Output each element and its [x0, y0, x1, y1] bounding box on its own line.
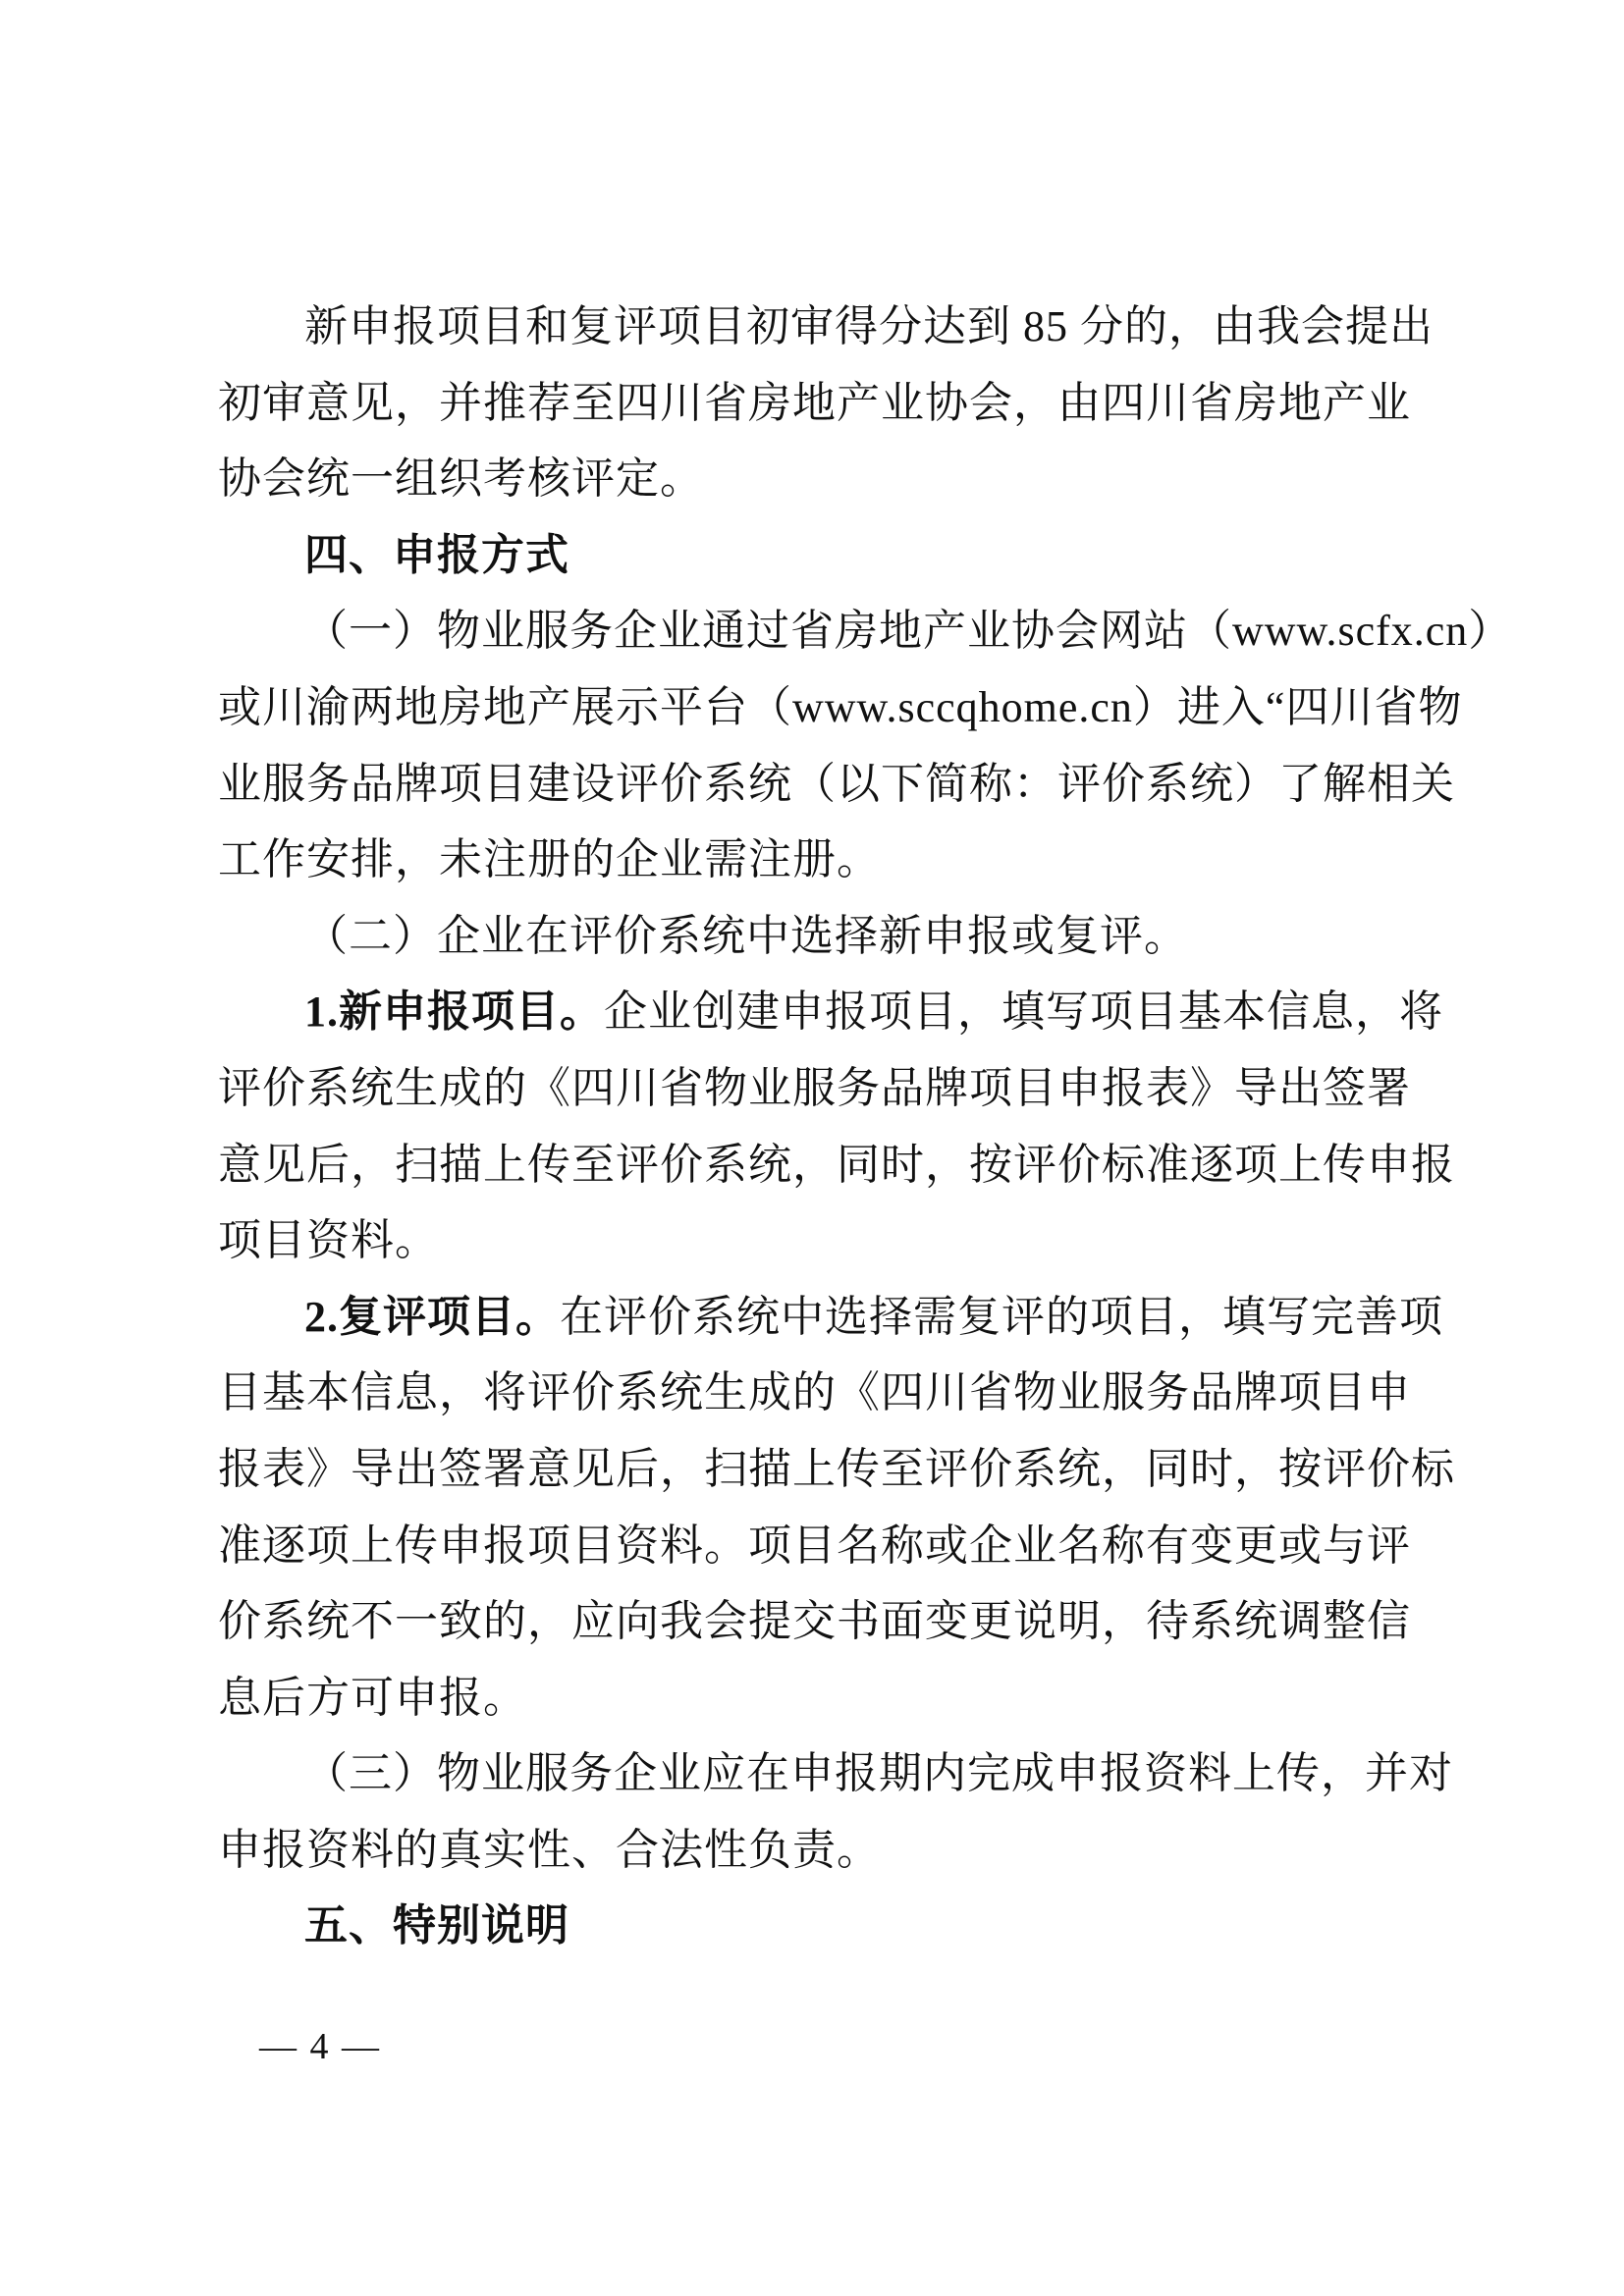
text-segment: 初审意见，并推荐至四川省房地产业协会，由四川省房地产业 [218, 379, 1411, 427]
text-line: 项目资料。 [218, 1202, 1475, 1279]
text-line: 工作安排，未注册的企业需注册。 [218, 822, 1475, 898]
bold-text-segment: 四、申报方式 [304, 531, 569, 579]
text-segment: 报表》导出签署意见后，扫描上传至评价系统，同时，按评价标 [218, 1445, 1455, 1493]
text-line: （二）企业在评价系统中选择新申报或复评。 [218, 898, 1475, 975]
text-segment: （三）物业服务企业应在申报期内完成申报资料上传，并对 [304, 1749, 1453, 1797]
text-segment: 评价系统生成的《四川省物业服务品牌项目申报表》导出签署 [218, 1064, 1411, 1112]
text-line: 或川渝两地房地产展示平台（www.sccqhome.cn）进入“四川省物 [218, 669, 1475, 746]
text-line: 新申报项目和复评项目初审得分达到 85 分的，由我会提出 [218, 289, 1475, 365]
bold-text-segment: 2.复评项目。 [304, 1293, 560, 1341]
text-line: 息后方可申报。 [218, 1660, 1475, 1736]
text-line: 申报资料的真实性、合法性负责。 [218, 1812, 1475, 1889]
text-segment: 目基本信息，将评价系统生成的《四川省物业服务品牌项目申 [218, 1368, 1411, 1416]
text-segment: 或川渝两地房地产展示平台（www.sccqhome.cn）进入“四川省物 [218, 683, 1462, 731]
text-segment: 准逐项上传申报项目资料。项目名称或企业名称有变更或与评 [218, 1522, 1411, 1570]
text-line: 1.新申报项目。企业创建申报项目，填写项目基本信息，将 [218, 974, 1475, 1050]
text-segment: 新申报项目和复评项目初审得分达到 85 分的，由我会提出 [304, 302, 1434, 350]
page-number: — 4 — [259, 2023, 381, 2070]
text-line: （三）物业服务企业应在申报期内完成申报资料上传，并对 [218, 1735, 1475, 1812]
text-line: 业服务品牌项目建设评价系统（以下简称：评价系统）了解相关 [218, 746, 1475, 823]
text-line: 价系统不一致的，应向我会提交书面变更说明，待系统调整信 [218, 1583, 1475, 1660]
text-line: 初审意见，并推荐至四川省房地产业协会，由四川省房地产业 [218, 365, 1475, 442]
section-heading: 五、特别说明 [218, 1888, 1475, 1964]
bold-text-segment: 1.新申报项目。 [304, 988, 604, 1036]
text-segment: （一）物业服务企业通过省房地产业协会网站（www.scfx.cn） [304, 607, 1512, 655]
text-line: 目基本信息，将评价系统生成的《四川省物业服务品牌项目申 [218, 1355, 1475, 1431]
bold-text-segment: 五、特别说明 [304, 1901, 569, 1949]
text-segment: 申报资料的真实性、合法性负责。 [218, 1826, 881, 1874]
text-segment: （二）企业在评价系统中选择新申报或复评。 [304, 912, 1188, 960]
text-line: （一）物业服务企业通过省房地产业协会网站（www.scfx.cn） [218, 593, 1475, 669]
text-segment: 工作安排，未注册的企业需注册。 [218, 835, 881, 883]
text-line: 意见后，扫描上传至评价系统，同时，按评价标准逐项上传申报 [218, 1127, 1475, 1203]
document-body: 新申报项目和复评项目初审得分达到 85 分的，由我会提出初审意见，并推荐至四川省… [218, 289, 1475, 1964]
text-line: 评价系统生成的《四川省物业服务品牌项目申报表》导出签署 [218, 1050, 1475, 1127]
text-line: 协会统一组织考核评定。 [218, 441, 1475, 517]
text-line: 报表》导出签署意见后，扫描上传至评价系统，同时，按评价标 [218, 1431, 1475, 1508]
text-segment: 在评价系统中选择需复评的项目，填写完善项 [560, 1293, 1443, 1341]
text-line: 2.复评项目。在评价系统中选择需复评的项目，填写完善项 [218, 1279, 1475, 1356]
text-segment: 息后方可申报。 [218, 1674, 527, 1722]
text-segment: 业服务品牌项目建设评价系统（以下简称：评价系统）了解相关 [218, 760, 1455, 808]
section-heading: 四、申报方式 [218, 517, 1475, 594]
text-segment: 意见后，扫描上传至评价系统，同时，按评价标准逐项上传申报 [218, 1141, 1455, 1189]
text-segment: 协会统一组织考核评定。 [218, 454, 704, 503]
document-page: 新申报项目和复评项目初审得分达到 85 分的，由我会提出初审意见，并推荐至四川省… [0, 0, 1624, 2296]
text-line: 准逐项上传申报项目资料。项目名称或企业名称有变更或与评 [218, 1508, 1475, 1584]
text-segment: 项目资料。 [218, 1216, 439, 1264]
text-segment: 企业创建申报项目，填写项目基本信息，将 [604, 988, 1443, 1036]
text-segment: 价系统不一致的，应向我会提交书面变更说明，待系统调整信 [218, 1597, 1411, 1645]
